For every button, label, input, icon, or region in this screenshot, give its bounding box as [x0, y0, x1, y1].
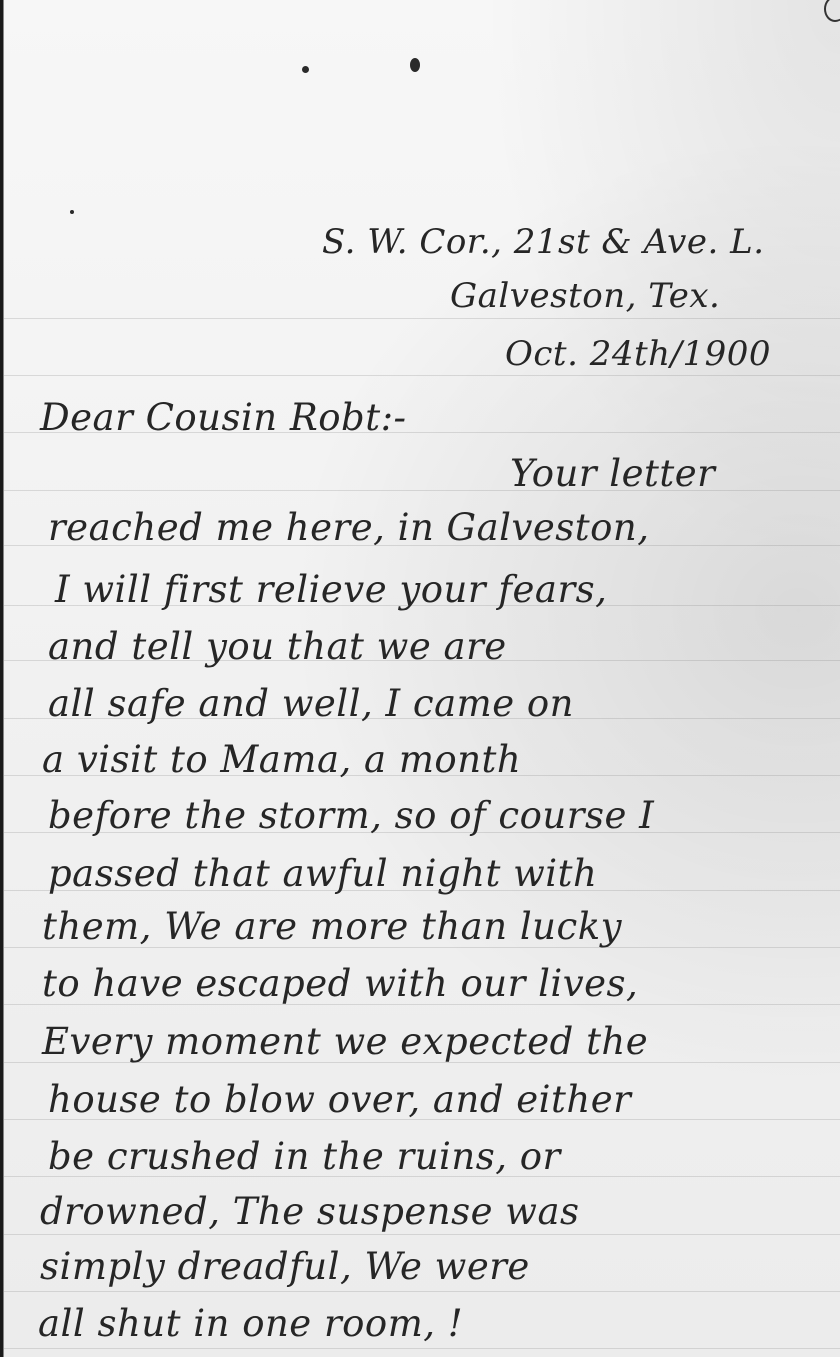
ink-spot [302, 66, 309, 73]
body-line: drowned, The suspense was [40, 1190, 580, 1233]
body-line: them, We are more than lucky [42, 905, 622, 948]
body-line: simply dreadful, We were [40, 1245, 530, 1288]
ink-spot [70, 210, 74, 214]
letter-page: S. W. Cor., 21st & Ave. L. Galveston, Te… [0, 0, 840, 1357]
body-line: all shut in one room, ! [38, 1302, 463, 1345]
body-line: Your letter [510, 452, 715, 495]
body-line: house to blow over, and either [48, 1078, 631, 1121]
body-line: passed that awful night with [48, 852, 597, 895]
body-line: a visit to Mama, a month [42, 738, 521, 781]
header-date: Oct. 24th/1900 [505, 334, 771, 374]
ink-spot [410, 58, 420, 72]
header-address: S. W. Cor., 21st & Ave. L. [322, 222, 765, 262]
body-line: I will first relieve your fears, [55, 568, 607, 611]
header-city: Galveston, Tex. [450, 276, 720, 316]
body-line: all safe and well, I came on [48, 682, 574, 725]
body-line: to have escaped with our lives, [42, 962, 638, 1005]
body-line: before the storm, so of course I [48, 794, 654, 837]
body-line: and tell you that we are [48, 625, 507, 668]
body-line: Every moment we expected the [42, 1020, 648, 1063]
body-line: be crushed in the ruins, or [48, 1135, 561, 1178]
salutation: Dear Cousin Robt:- [40, 396, 407, 439]
body-line: reached me here, in Galveston, [48, 506, 650, 549]
